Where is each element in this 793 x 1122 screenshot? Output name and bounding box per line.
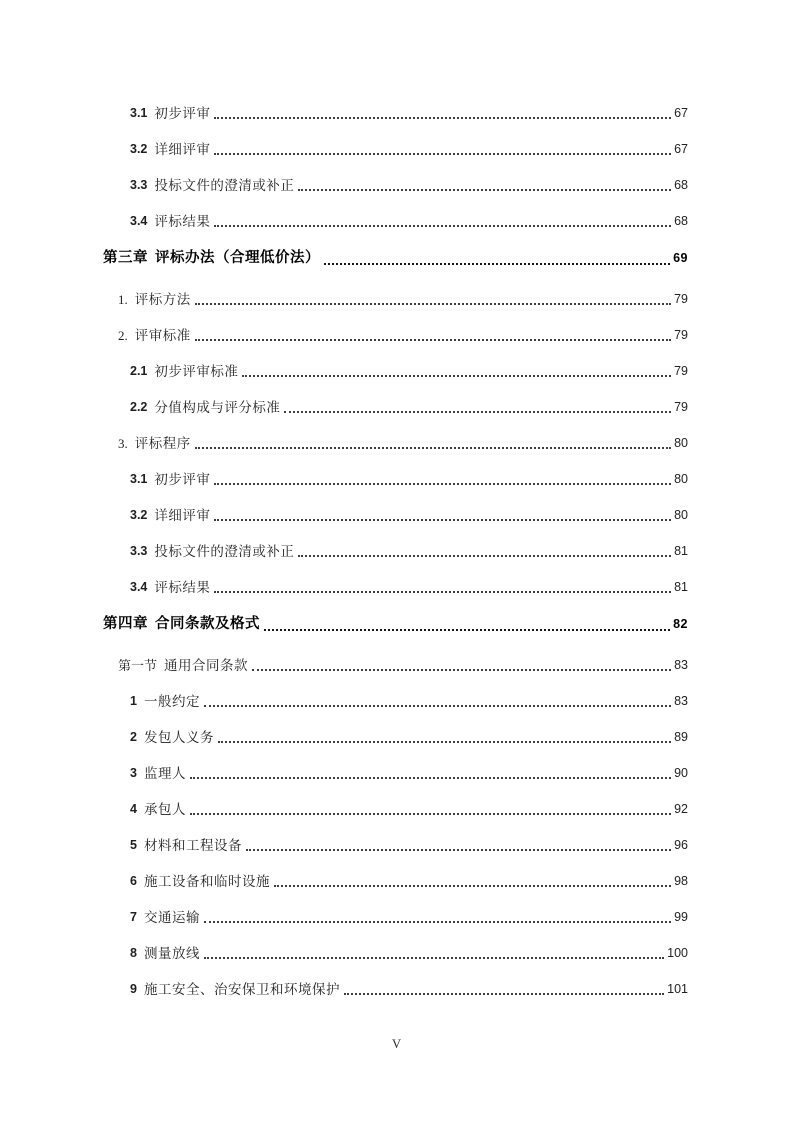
toc-entry-number: 第三章 <box>103 250 148 267</box>
dotted-leader <box>344 993 664 995</box>
dotted-leader <box>252 669 671 671</box>
toc-entry-page: 67 <box>674 106 688 121</box>
toc-entry-page: 101 <box>667 982 688 997</box>
toc-entry-title: 初步评审标准 <box>154 364 238 379</box>
toc-entry-number: 3.3 <box>130 544 147 559</box>
toc-entry-page: 68 <box>674 178 688 193</box>
dotted-leader <box>214 153 671 155</box>
toc-entry-number: 7 <box>130 910 137 925</box>
dotted-leader <box>298 555 671 557</box>
toc-entry-title: 评标程序 <box>135 436 191 451</box>
toc-entry: 1 一般约定 83 <box>103 694 688 709</box>
toc-entry-title: 初步评审 <box>154 472 210 487</box>
toc-entry-page: 79 <box>674 400 688 415</box>
toc-entry-page: 89 <box>674 730 688 745</box>
toc-entry-page: 99 <box>674 910 688 925</box>
toc-entry-number: 第四章 <box>103 616 148 633</box>
toc-entry-page: 79 <box>674 328 688 343</box>
dotted-leader <box>204 957 664 959</box>
page-number-footer: V <box>0 1037 793 1052</box>
toc-chapter-entry: 第四章 合同条款及格式 82 <box>103 616 688 633</box>
toc-entry-title: 发包人义务 <box>144 730 214 745</box>
table-of-contents: 3.1 初步评审 67 3.2 详细评审 67 3.3 投标文件的澄清或补正 6… <box>103 106 688 1018</box>
document-page: 3.1 初步评审 67 3.2 详细评审 67 3.3 投标文件的澄清或补正 6… <box>0 0 793 1122</box>
dotted-leader <box>242 375 671 377</box>
dotted-leader <box>214 225 671 227</box>
dotted-leader <box>284 411 671 413</box>
toc-entry-title: 评审标准 <box>135 328 191 343</box>
toc-chapter-entry: 第三章 评标办法（合理低价法） 69 <box>103 250 688 267</box>
toc-entry-number: 6 <box>130 874 137 889</box>
toc-entry-page: 80 <box>674 436 688 451</box>
toc-entry-title: 交通运输 <box>144 910 200 925</box>
toc-entry-number: 8 <box>130 946 137 961</box>
toc-entry-number: 1. <box>118 292 128 307</box>
toc-entry-page: 96 <box>674 838 688 853</box>
toc-entry-title: 分值构成与评分标准 <box>154 400 280 415</box>
dotted-leader <box>190 777 671 779</box>
toc-entry-title: 评标结果 <box>154 214 210 229</box>
toc-entry-title: 测量放线 <box>144 946 200 961</box>
toc-entry-page: 92 <box>674 802 688 817</box>
dotted-leader <box>214 483 671 485</box>
toc-entry: 3.2 详细评审 80 <box>103 508 688 523</box>
toc-entry-title: 通用合同条款 <box>164 658 248 673</box>
toc-entry-title: 承包人 <box>144 802 186 817</box>
toc-entry-number: 2 <box>130 730 137 745</box>
toc-entry-number: 2. <box>118 328 128 343</box>
toc-entry-title: 评标方法 <box>135 292 191 307</box>
dotted-leader <box>190 813 671 815</box>
toc-entry-title: 一般约定 <box>144 694 200 709</box>
dotted-leader <box>324 263 670 265</box>
dotted-leader <box>218 741 671 743</box>
toc-entry-number: 2.2 <box>130 400 147 415</box>
toc-entry: 3. 评标程序 80 <box>103 436 688 451</box>
toc-entry: 3.3 投标文件的澄清或补正 81 <box>103 544 688 559</box>
toc-entry-title: 详细评审 <box>154 508 210 523</box>
dotted-leader <box>204 921 671 923</box>
toc-entry-number: 3.3 <box>130 178 147 193</box>
toc-entry: 3 监理人 90 <box>103 766 688 781</box>
toc-entry-title: 合同条款及格式 <box>155 616 260 633</box>
toc-entry-number: 1 <box>130 694 137 709</box>
toc-entry-page: 79 <box>674 364 688 379</box>
toc-entry-page: 98 <box>674 874 688 889</box>
toc-entry-title: 初步评审 <box>154 106 210 121</box>
toc-entry: 4 承包人 92 <box>103 802 688 817</box>
toc-entry: 2 发包人义务 89 <box>103 730 688 745</box>
dotted-leader <box>298 189 671 191</box>
toc-entry: 6 施工设备和临时设施 98 <box>103 874 688 889</box>
dotted-leader <box>195 339 671 341</box>
toc-entry-number: 9 <box>130 982 137 997</box>
dotted-leader <box>214 117 671 119</box>
toc-entry-title: 投标文件的澄清或补正 <box>154 178 294 193</box>
dotted-leader <box>274 885 671 887</box>
toc-entry: 5 材料和工程设备 96 <box>103 838 688 853</box>
toc-entry: 3.1 初步评审 67 <box>103 106 688 121</box>
dotted-leader <box>195 447 671 449</box>
toc-entry-page: 69 <box>673 250 688 267</box>
toc-entry-page: 80 <box>674 508 688 523</box>
toc-entry-page: 68 <box>674 214 688 229</box>
toc-entry: 3.3 投标文件的澄清或补正 68 <box>103 178 688 193</box>
dotted-leader <box>214 591 671 593</box>
toc-entry-page: 82 <box>673 616 688 633</box>
toc-entry-number: 3. <box>118 436 128 451</box>
toc-entry-title: 施工设备和临时设施 <box>144 874 270 889</box>
dotted-leader <box>264 629 670 631</box>
toc-entry-page: 67 <box>674 142 688 157</box>
toc-entry-number: 2.1 <box>130 364 147 379</box>
toc-entry: 1. 评标方法 79 <box>103 292 688 307</box>
toc-entry: 9 施工安全、治安保卫和环境保护 101 <box>103 982 688 997</box>
dotted-leader <box>246 849 671 851</box>
toc-entry: 8 测量放线 100 <box>103 946 688 961</box>
toc-entry-number: 第一节 <box>118 658 157 673</box>
toc-entry: 3.4 评标结果 81 <box>103 580 688 595</box>
toc-entry-title: 材料和工程设备 <box>144 838 242 853</box>
toc-entry-number: 4 <box>130 802 137 817</box>
toc-entry-number: 3.2 <box>130 142 147 157</box>
toc-entry-title: 详细评审 <box>154 142 210 157</box>
toc-entry-title: 投标文件的澄清或补正 <box>154 544 294 559</box>
toc-entry: 2.2 分值构成与评分标准 79 <box>103 400 688 415</box>
toc-entry-title: 评标结果 <box>154 580 210 595</box>
toc-entry-number: 5 <box>130 838 137 853</box>
toc-entry-page: 81 <box>674 580 688 595</box>
toc-entry-page: 81 <box>674 544 688 559</box>
dotted-leader <box>195 303 671 305</box>
toc-entry: 3.2 详细评审 67 <box>103 142 688 157</box>
toc-entry: 3.4 评标结果 68 <box>103 214 688 229</box>
toc-entry: 7 交通运输 99 <box>103 910 688 925</box>
dotted-leader <box>214 519 671 521</box>
toc-entry-number: 3 <box>130 766 137 781</box>
toc-entry-title: 评标办法（合理低价法） <box>155 250 320 267</box>
toc-entry-number: 3.1 <box>130 106 147 121</box>
toc-entry: 3.1 初步评审 80 <box>103 472 688 487</box>
toc-entry-page: 79 <box>674 292 688 307</box>
toc-entry-title: 监理人 <box>144 766 186 781</box>
toc-entry-number: 3.4 <box>130 580 147 595</box>
toc-entry-page: 80 <box>674 472 688 487</box>
toc-entry-page: 83 <box>674 658 688 673</box>
toc-entry-number: 3.2 <box>130 508 147 523</box>
toc-entry-number: 3.4 <box>130 214 147 229</box>
toc-entry: 2. 评审标准 79 <box>103 328 688 343</box>
toc-entry: 2.1 初步评审标准 79 <box>103 364 688 379</box>
toc-entry-number: 3.1 <box>130 472 147 487</box>
toc-entry: 第一节 通用合同条款 83 <box>103 658 688 673</box>
toc-entry-page: 83 <box>674 694 688 709</box>
toc-entry-title: 施工安全、治安保卫和环境保护 <box>144 982 340 997</box>
toc-entry-page: 90 <box>674 766 688 781</box>
dotted-leader <box>204 705 671 707</box>
toc-entry-page: 100 <box>667 946 688 961</box>
